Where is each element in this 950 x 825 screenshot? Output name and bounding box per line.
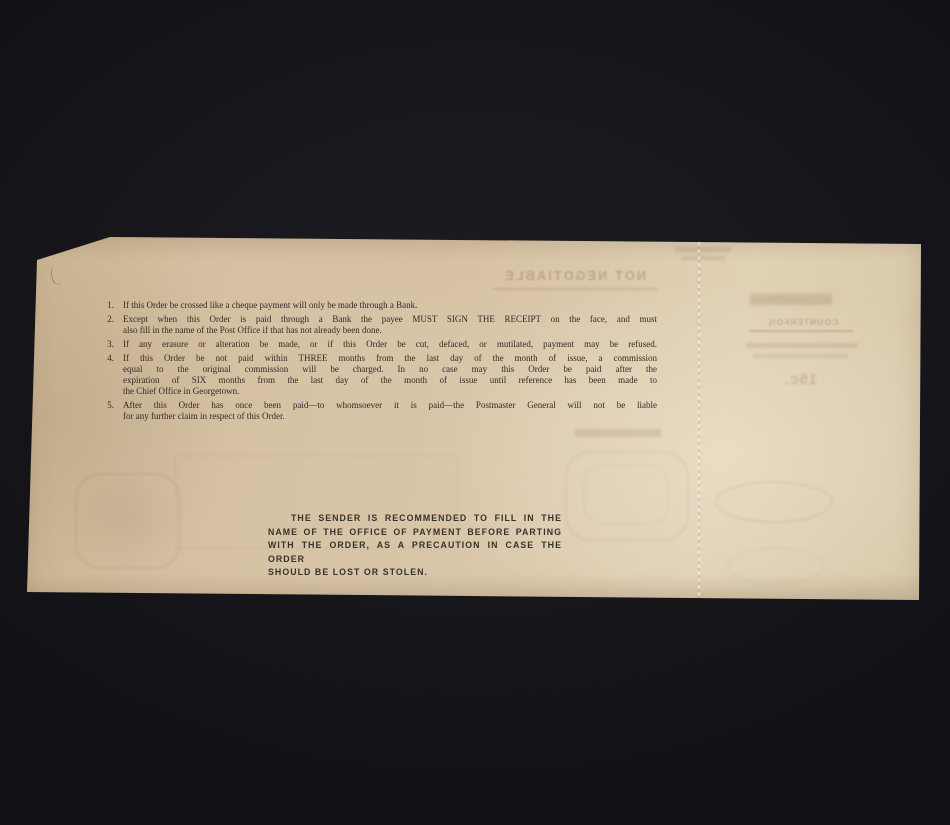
condition-item-5: 5. After this Order has once been paid—t… (100, 400, 657, 422)
ghost-smudge (681, 256, 725, 260)
condition-text-line: If any erasure or alteration be made, or… (123, 339, 657, 350)
condition-number: 3. (100, 339, 114, 350)
postal-order-reverse: NOT NEGOTIABLE COUNTERFOIL 15c. 1. If th… (27, 233, 923, 603)
ghost-serial-number-smudge (750, 294, 832, 305)
ghost-underline (493, 288, 658, 290)
ghost-not-negotiable-text: NOT NEGOTIABLE (467, 269, 682, 283)
condition-number: 2. (100, 314, 114, 336)
perforation-line (698, 242, 700, 598)
ghost-counterfoil-text: COUNTERFOIL (743, 317, 861, 327)
condition-text-line: also fill in the name of the Post Office… (123, 325, 657, 336)
design-showthrough-oval (715, 481, 833, 523)
sender-note-line: WITH THE ORDER, AS A PRECAUTION IN CASE … (268, 539, 562, 566)
ghost-smudge (575, 429, 661, 437)
condition-text-line: equal to the original commission will be… (123, 364, 657, 375)
condition-number: 4. (100, 353, 114, 397)
condition-number: 1. (100, 300, 114, 311)
condition-text-line: If this Order be not paid within THREE m… (123, 353, 657, 364)
conditions-list: 1. If this Order be crossed like a chequ… (100, 300, 657, 425)
condition-text-line: the Chief Office in Georgetown. (123, 386, 657, 397)
sender-note: THE SENDER IS RECOMMENDED TO FILL IN THE… (268, 512, 562, 580)
ghost-text-line (746, 343, 858, 348)
condition-item-3: 3. If any erasure or alteration be made,… (100, 339, 657, 350)
ghost-smudge (675, 247, 731, 252)
ghost-value-text: 15c. (743, 371, 858, 388)
sender-note-line: THE SENDER IS RECOMMENDED TO FILL IN THE (268, 512, 562, 526)
condition-text-line: Except when this Order is paid through a… (123, 314, 657, 325)
condition-item-1: 1. If this Order be crossed like a chequ… (100, 300, 657, 311)
condition-number: 5. (100, 400, 114, 422)
condition-text-line: for any further claim in respect of this… (123, 411, 657, 422)
design-showthrough-oval (727, 548, 825, 584)
design-showthrough-shape (75, 473, 181, 569)
condition-item-4: 4. If this Order be not paid within THRE… (100, 353, 657, 397)
ghost-text-line (753, 354, 848, 358)
pencil-mark (49, 265, 64, 286)
ghost-counterfoil-underline (749, 330, 853, 332)
sender-note-line: NAME OF THE OFFICE OF PAYMENT BEFORE PAR… (268, 526, 562, 540)
condition-text-line: If this Order be crossed like a cheque p… (123, 300, 657, 311)
condition-text-line: After this Order has once been paid—to w… (123, 400, 657, 411)
design-showthrough-oval (583, 465, 669, 525)
condition-text-line: expiration of SIX months from the last d… (123, 375, 657, 386)
photo-backdrop: NOT NEGOTIABLE COUNTERFOIL 15c. 1. If th… (0, 0, 950, 825)
sender-note-line: SHOULD BE LOST OR STOLEN. (268, 566, 562, 580)
condition-item-2: 2. Except when this Order is paid throug… (100, 314, 657, 336)
